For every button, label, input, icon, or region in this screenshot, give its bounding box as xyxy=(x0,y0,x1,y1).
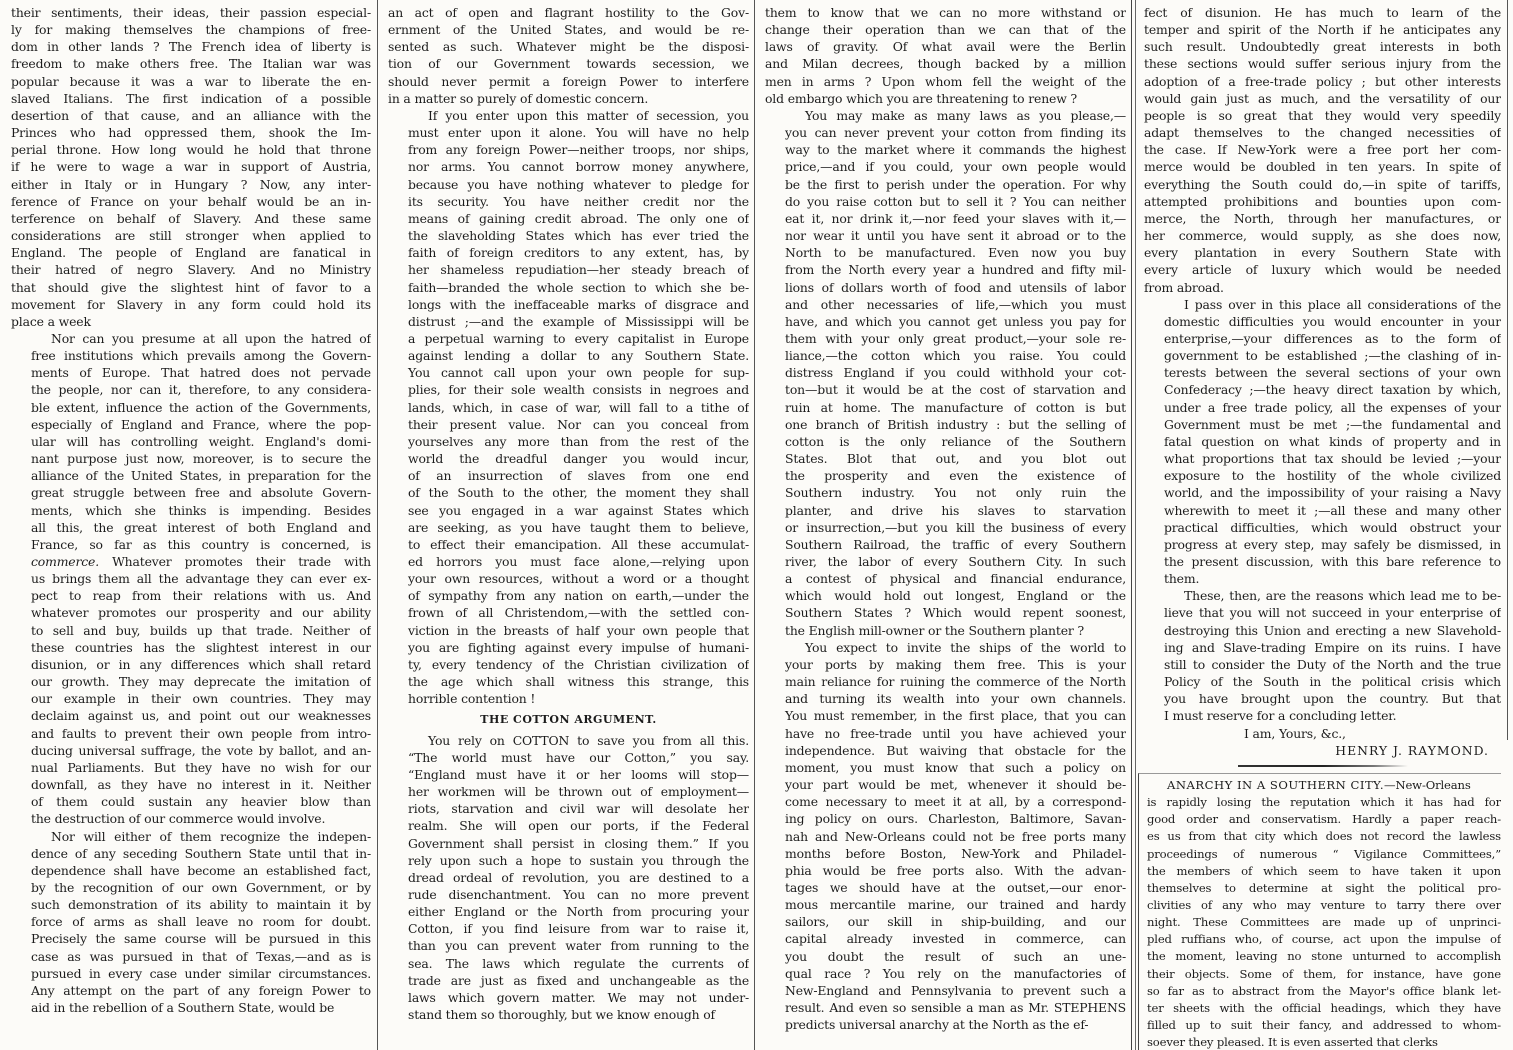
text-line: you have brought upon the country. But t… xyxy=(1144,690,1501,707)
text-line: result. And even so sensible a man as Mr… xyxy=(765,999,1126,1016)
text-line: their objects. Some of them, for instanc… xyxy=(1147,966,1501,983)
text-line: free institutions which prevails among t… xyxy=(11,347,371,364)
text-line: river, the labor of every Southern City.… xyxy=(765,553,1126,570)
closing-salutation: I am, Yours, &c., xyxy=(1144,725,1501,742)
text-line: States. Blot that out, and you blot out xyxy=(765,450,1126,467)
text-line: domestic difficulties you would encounte… xyxy=(1144,313,1501,330)
text-line: her workmen will be thrown out of employ… xyxy=(388,783,749,800)
text-line: merce, the North, through her manufactur… xyxy=(1144,210,1501,227)
text-line: price,—and if you could, your own people… xyxy=(765,158,1126,175)
text-line: from the North every year a hundred and … xyxy=(765,261,1126,278)
text-line: which would hold out longest, England or… xyxy=(765,587,1126,604)
text-line: good order and conservatism. Hardly a pa… xyxy=(1147,811,1501,828)
text-line: have, and which you cannot get unless yo… xyxy=(765,313,1126,330)
text-line: pect to reap from their relations with u… xyxy=(11,587,371,604)
text-line: destroying this Union and erecting a new… xyxy=(1144,622,1501,639)
text-line: you can never prevent your cotton from f… xyxy=(765,124,1126,141)
newspaper-page: their sentiments, their ideas, their pas… xyxy=(0,0,1513,1050)
text-line: in a matter so purely of domestic concer… xyxy=(388,90,749,107)
text-line: attempted prohibitions and bounties upon… xyxy=(1144,193,1501,210)
text-line: one branch of British industry : but the… xyxy=(765,416,1126,433)
text-line: of sympathy from any nation on earth,—un… xyxy=(388,587,749,604)
text-line: ton—but it would be at the cost of starv… xyxy=(765,381,1126,398)
text-line: eat it, nor drink it,—nor feed your slav… xyxy=(765,210,1126,227)
text-line: all this, the great interest of both Eng… xyxy=(11,519,371,536)
text-line: Southern Railroad, the traffic of every … xyxy=(765,536,1126,553)
text-line: New-England and Pennsylvania to prevent … xyxy=(765,982,1126,999)
text-line: world, and the impossibility of your rai… xyxy=(1144,484,1501,501)
paragraph: an act of open and flagrant hostility to… xyxy=(388,4,749,107)
text-line: Princes who had oppressed them, shook th… xyxy=(11,124,371,141)
text-line: lieve that you will not succeed in your … xyxy=(1144,604,1501,621)
column-rule-double xyxy=(1131,0,1136,1050)
text-line: because you have nothing whatever to ple… xyxy=(388,176,749,193)
text-line: Nor will either of them recognize the in… xyxy=(11,828,371,845)
text-line: You must remember, in the first place, t… xyxy=(765,707,1126,724)
text-line: commerce. Whatever promotes their trade … xyxy=(11,553,371,570)
text-line: way to the market where it commands the … xyxy=(765,141,1126,158)
text-line: ducing universal suffrage, the vote by b… xyxy=(11,742,371,759)
text-line: either England or the North from procuri… xyxy=(388,903,749,920)
text-line: Nor can you presume at all upon the hatr… xyxy=(11,330,371,347)
text-line: mous mercantile marine, our trained and … xyxy=(765,896,1126,913)
text-line: of an insurrection of slaves from one en… xyxy=(388,467,749,484)
text-line: plies, for their sole wealth consists in… xyxy=(388,381,749,398)
text-line: ed horrors you must face alone,—relying … xyxy=(388,553,749,570)
text-line: ble extent, influence the action of the … xyxy=(11,399,371,416)
text-line: especially of England and France, where … xyxy=(11,416,371,433)
text-line: ference of France on your behalf would b… xyxy=(11,193,371,210)
text-line: enterprise,—your differences as to the f… xyxy=(1144,330,1501,347)
text-line: faith—branded the whole section to which… xyxy=(388,279,749,296)
text-line: riots, starvation and civil war will des… xyxy=(388,800,749,817)
text-line: them with your only great product,—your … xyxy=(765,330,1126,347)
text-line: by the recognition of our own Government… xyxy=(11,879,371,896)
text-line: slaved Italians. The first indication of… xyxy=(11,90,371,107)
text-line: realm. She will open our ports, if the F… xyxy=(388,817,749,834)
text-line: change their operation than we can that … xyxy=(765,21,1126,38)
text-line: and other necessaries of life,—which you… xyxy=(765,296,1126,313)
text-line: nor wear it until you have sent it abroa… xyxy=(765,227,1126,244)
text-line: aid in the rebellion of a Southern State… xyxy=(11,999,371,1016)
text-line: months before Boston, New-York and Phila… xyxy=(765,845,1126,862)
text-line: dread ordeal of revolution, you are dest… xyxy=(388,869,749,886)
text-line: government to be established ;—the clash… xyxy=(1144,347,1501,364)
text-line: these sections would suffer serious inju… xyxy=(1144,55,1501,72)
paragraph: fect of disunion. He has much to learn o… xyxy=(1144,4,1501,296)
text-line: us brings them all the advantage they ca… xyxy=(11,570,371,587)
text-line: You cannot call upon your own people for… xyxy=(388,364,749,381)
text-line: and faults to prevent their own people f… xyxy=(11,725,371,742)
text-line: dom in other lands ? The French idea of … xyxy=(11,38,371,55)
text-line: their hatred of negro Slavery. And no Mi… xyxy=(11,261,371,278)
text-line: her shameless repudiation—her steady bre… xyxy=(388,261,749,278)
text-line: France, so far as this country is concer… xyxy=(11,536,371,553)
text-line: these countries has the slightest intere… xyxy=(11,639,371,656)
text-line: is rapidly losing the reputation which i… xyxy=(1147,794,1501,811)
text-line: them. xyxy=(1144,570,1501,587)
text-line: exposure to the hostility of the whole c… xyxy=(1144,467,1501,484)
text-line: proceedings of numerous “ Vigilance Comm… xyxy=(1147,846,1501,863)
article-column-3: them to know that we can no more withsta… xyxy=(765,4,1126,1033)
text-line: alliance of the United States, in prepar… xyxy=(11,467,371,484)
text-line: stand them so thoroughly, but we know en… xyxy=(388,1006,749,1023)
paragraph: Nor will either of them recognize the in… xyxy=(11,828,371,1017)
text-line: against lending a dollar to any Southern… xyxy=(388,347,749,364)
text-line: practical difficulties, which would obst… xyxy=(1144,519,1501,536)
text-line: our example in their own countries. They… xyxy=(11,690,371,707)
text-line: phia would be free ports also. With the … xyxy=(765,862,1126,879)
text-line: its security. You have neither credit no… xyxy=(388,193,749,210)
paragraph: You may make as many laws as you please,… xyxy=(765,107,1126,639)
text-line: of them could sustain any heavier blow t… xyxy=(11,793,371,810)
text-line: lions of dollars worth of food and utens… xyxy=(765,279,1126,296)
text-line: yourselves any more than from the rest o… xyxy=(388,433,749,450)
text-line: means of gaining credit abroad. The only… xyxy=(388,210,749,227)
text-line: should never permit a foreign Power to i… xyxy=(388,73,749,90)
text-line: faith of foreign creditors to any extent… xyxy=(388,244,749,261)
text-line: “England must have it or her looms will … xyxy=(388,766,749,783)
text-line: her commerce, would supply, as she does … xyxy=(1144,227,1501,244)
text-line: adoption of a free-trade policy ; but ot… xyxy=(1144,73,1501,90)
text-line: are seeking, as you have taught them to … xyxy=(388,519,749,536)
text-line: your own resources, without a word or a … xyxy=(388,570,749,587)
text-line: sented as such. Whatever might be the di… xyxy=(388,38,749,55)
text-line: declaim against us, and point out our we… xyxy=(11,707,371,724)
text-line: pled ruffians who, of course, act upon t… xyxy=(1147,931,1501,948)
text-line: everything the South could do,—in spite … xyxy=(1144,176,1501,193)
news-item-title: ANARCHY IN A SOUTHERN CITY. xyxy=(1167,778,1384,792)
text-line: that should give the slightest hint of f… xyxy=(11,279,371,296)
text-line: desertion of that cause, and an alliance… xyxy=(11,107,371,124)
text-line: ing policy on ours. Charleston, Baltimor… xyxy=(765,810,1126,827)
text-line: to sell and buy, builds up that trade. N… xyxy=(11,622,371,639)
text-line: your part would be met, whenever it shou… xyxy=(765,776,1126,793)
paragraph: If you enter upon this matter of secessi… xyxy=(388,107,749,707)
text-line: the people, nor can it, therefore, to an… xyxy=(11,381,371,398)
text-line: dependence shall have become an establis… xyxy=(11,862,371,879)
news-item: ANARCHY IN A SOUTHERN CITY.—New-Orleansi… xyxy=(1138,773,1501,1050)
text-line: ANARCHY IN A SOUTHERN CITY.—New-Orleans xyxy=(1147,777,1501,794)
text-line: ular will has controlling weight. Englan… xyxy=(11,433,371,450)
paragraph: them to know that we can no more withsta… xyxy=(765,4,1126,107)
text-line: to effect their emancipation. All these … xyxy=(388,536,749,553)
text-line: the moment, leaving no stone unturned to… xyxy=(1147,948,1501,965)
text-line: people is so great that they would very … xyxy=(1144,107,1501,124)
text-line: es us from that city which does not reco… xyxy=(1147,828,1501,845)
text-line: so far as to abstract from the Mayor's o… xyxy=(1147,983,1501,1000)
text-line: ments of Europe. That hatred does not pe… xyxy=(11,364,371,381)
paragraph: You rely on COTTON to save you from all … xyxy=(388,732,749,1024)
text-line: themselves to determine at sight the pol… xyxy=(1147,880,1501,897)
text-line: the age which shall witness this strange… xyxy=(388,673,749,690)
text-line: men in arms ? Upon whom fell the weight … xyxy=(765,73,1126,90)
text-line: popular because it was a war to liberate… xyxy=(11,73,371,90)
text-line: Government must be met ;—the fundamental… xyxy=(1144,416,1501,433)
paragraph: I pass over in this place all considerat… xyxy=(1144,296,1501,588)
text-line: if he were to wage a war in support of A… xyxy=(11,158,371,175)
text-line: main reliance for ruining the commerce o… xyxy=(765,673,1126,690)
text-line: of the South to the other, the moment th… xyxy=(388,484,749,501)
text-line: nant purpose just now, moreover, is to s… xyxy=(11,450,371,467)
text-line: Government shall persist in closing them… xyxy=(388,835,749,852)
text-run: —New-Orleans xyxy=(1384,778,1471,792)
text-line: under a free trade policy, all the expen… xyxy=(1144,399,1501,416)
text-line: sailors, our skill in ship-building, and… xyxy=(765,913,1126,930)
text-line: capital already invested in commerce, ca… xyxy=(765,930,1126,947)
text-line: distrust ;—and the example of Mississipp… xyxy=(388,313,749,330)
text-line: Any attempt on the part of any foreign P… xyxy=(11,982,371,999)
text-line: downfall, as they have no interest in it… xyxy=(11,776,371,793)
text-line: laws which govern matter. We may not und… xyxy=(388,989,749,1006)
text-line: terference on behalf of Slavery. And the… xyxy=(11,210,371,227)
text-line: I must reserve for a concluding letter. xyxy=(1144,707,1501,724)
text-line: temper and spirit of the North if he ant… xyxy=(1144,21,1501,38)
text-line: the slaveholding States which has ever t… xyxy=(388,227,749,244)
article-column-2: an act of open and flagrant hostility to… xyxy=(388,4,749,1023)
text-line: a perpetual warning to every capitalist … xyxy=(388,330,749,347)
paragraph: You expect to invite the ships of the wo… xyxy=(765,639,1126,1034)
author-signature: HENRY J. RAYMOND. xyxy=(1144,742,1501,759)
text-line: be the first to perish under the operati… xyxy=(765,176,1126,193)
text-line: every article of luxury which would be n… xyxy=(1144,261,1501,278)
text-line: fatal question on what kinds of property… xyxy=(1144,433,1501,450)
text-line: still to consider the Duty of the North … xyxy=(1144,656,1501,673)
paragraph: their sentiments, their ideas, their pas… xyxy=(11,4,371,330)
text-line: movement for Slavery in any form could h… xyxy=(11,296,371,313)
text-line: such demonstration of its ability to mai… xyxy=(11,896,371,913)
text-line: whatever promotes our prosperity and our… xyxy=(11,604,371,621)
text-line: the destruction of our commerce would in… xyxy=(11,810,371,827)
text-line: than you can prevent water from running … xyxy=(388,937,749,954)
text-line: Confederacy ;—the heavy direct taxation … xyxy=(1144,381,1501,398)
text-line: liance,—the cotton which you raise. You … xyxy=(765,347,1126,364)
text-line: from any foreign Power—neither troops, n… xyxy=(388,141,749,158)
text-line: ernment of the United States, and would … xyxy=(388,21,749,38)
text-line: ruin at home. The manufacture of cotton … xyxy=(765,399,1126,416)
text-line: your ports by making them free. This is … xyxy=(765,656,1126,673)
text-line: filled up to suit their fancy, and addre… xyxy=(1147,1017,1501,1034)
text-line: case as was pursued in that of Texas,—an… xyxy=(11,948,371,965)
text-line: independence. But waiving that obstacle … xyxy=(765,742,1126,759)
text-line: you are fighting against every impulse o… xyxy=(388,639,749,656)
paragraph: Nor can you presume at all upon the hatr… xyxy=(11,330,371,828)
text-line: moment, you must know that such a policy… xyxy=(765,759,1126,776)
column-rule xyxy=(754,0,755,1050)
text-line: predicts universal anarchy at the North … xyxy=(765,1016,1126,1033)
text-line: ing and Slave-trading Empire on its ruin… xyxy=(1144,639,1501,656)
text-line: You expect to invite the ships of the wo… xyxy=(765,639,1126,656)
text-line: considerations are still stronger when a… xyxy=(11,227,371,244)
text-line: longs with the ineffaceable marks of dis… xyxy=(388,296,749,313)
text-line: and Milan decrees, though backed by a mi… xyxy=(765,55,1126,72)
text-line: Southern States ? Which would repent soo… xyxy=(765,604,1126,621)
text-line: clivities of any who may venture to tarr… xyxy=(1147,897,1501,914)
text-line: You may make as many laws as you please,… xyxy=(765,107,1126,124)
text-line: fect of disunion. He has much to learn o… xyxy=(1144,4,1501,21)
text-line: tages we should have at the outset,—our … xyxy=(765,879,1126,896)
text-line: I pass over in this place all considerat… xyxy=(1144,296,1501,313)
text-line: the present discussion, with this bare r… xyxy=(1144,553,1501,570)
emphasis: commerce. xyxy=(31,554,99,569)
text-line: world the dreadful danger you would incu… xyxy=(388,450,749,467)
text-line: old embargo which you are threatening to… xyxy=(765,90,1126,107)
text-line: North to be manufactured. Even now you b… xyxy=(765,244,1126,261)
text-line: pursued in every case under similar circ… xyxy=(11,965,371,982)
text-line: ter sheets with the official headings, w… xyxy=(1147,1000,1501,1017)
text-line: rely upon such a hope to sustain you thr… xyxy=(388,852,749,869)
text-line: tion of our Government towards secession… xyxy=(388,55,749,72)
text-line: you doubt the result of such an une- xyxy=(765,948,1126,965)
text-line: ly for making themselves the champions o… xyxy=(11,21,371,38)
text-line: place a week xyxy=(11,313,371,330)
text-line: cotton is the only reliance of the South… xyxy=(765,433,1126,450)
text-line: the English mill-owner or the Southern p… xyxy=(765,622,1126,639)
text-line: our growth. They may deprecate the imita… xyxy=(11,673,371,690)
text-line: what proportions that tax should be levi… xyxy=(1144,450,1501,467)
text-line: planter, and drive his slaves to starvat… xyxy=(765,502,1126,519)
column-rule xyxy=(377,0,378,1050)
text-line: see you engaged in a war against States … xyxy=(388,502,749,519)
text-line: force of arms as shall leave no room for… xyxy=(11,913,371,930)
text-line: disunion, or in any differences which sh… xyxy=(11,656,371,673)
text-line: the members of which seem to have taken … xyxy=(1147,863,1501,880)
paragraph: These, then, are the reasons which lead … xyxy=(1144,587,1501,724)
text-line: the case. If New-York were a free port h… xyxy=(1144,141,1501,158)
text-line: horrible contention ! xyxy=(388,690,749,707)
text-line: These, then, are the reasons which lead … xyxy=(1144,587,1501,604)
text-line: come necessary to meet it at all, by a c… xyxy=(765,793,1126,810)
text-line: trade are just as fixed and unchangeable… xyxy=(388,972,749,989)
text-line: from abroad. xyxy=(1144,279,1501,296)
text-line: frown of all Christendom,—with the settl… xyxy=(388,604,749,621)
text-line: Precisely the same course will be pursue… xyxy=(11,930,371,947)
article-column-1: their sentiments, their ideas, their pas… xyxy=(11,4,371,1016)
text-line: have no free-trade until you have achiev… xyxy=(765,725,1126,742)
text-line: soever they pleased. It is even asserted… xyxy=(1147,1034,1501,1050)
text-line: or insurrection,—but you kill the busine… xyxy=(765,519,1126,536)
text-line: ty, every tendency of the Christian civi… xyxy=(388,656,749,673)
text-line: ments, which she thinks is impending. Be… xyxy=(11,502,371,519)
text-line: You rely on COTTON to save you from all … xyxy=(388,732,749,749)
text-line: distress England if you could withhold y… xyxy=(765,364,1126,381)
text-line: nah and New-Orleans could not be free po… xyxy=(765,828,1126,845)
article-separator xyxy=(1238,765,1408,767)
text-line: terests between the several sections of … xyxy=(1144,364,1501,381)
text-line: adapt themselves to the changed necessit… xyxy=(1144,124,1501,141)
text-line: their present value. Nor can you conceal… xyxy=(388,416,749,433)
text-line: and turning its wealth into your own cha… xyxy=(765,690,1126,707)
text-line: viction in the breasts of half your own … xyxy=(388,622,749,639)
text-line: every plantation in every Southern State… xyxy=(1144,244,1501,261)
text-line: England. The people of England are fanat… xyxy=(11,244,371,261)
text-line: wherewith to meet it ;—all these and man… xyxy=(1144,502,1501,519)
column-rule xyxy=(1507,0,1508,740)
text-line: them to know that we can no more withsta… xyxy=(765,4,1126,21)
text-line: would gain just as much, and the versati… xyxy=(1144,90,1501,107)
section-heading: THE COTTON ARGUMENT. xyxy=(388,711,749,728)
text-line: do you raise cotton but to sell it ? You… xyxy=(765,193,1126,210)
text-line: a contest of physical and financial endu… xyxy=(765,570,1126,587)
text-line: the prosperity and even the existence of xyxy=(765,467,1126,484)
text-line: sea. The laws which regulate the current… xyxy=(388,955,749,972)
text-line: If you enter upon this matter of secessi… xyxy=(388,107,749,124)
text-line: merce would be doubled in ten years. In … xyxy=(1144,158,1501,175)
text-line: either in Italy or in Hungary ? Now, any… xyxy=(11,176,371,193)
text-line: “The world must have our Cotton,” you sa… xyxy=(388,749,749,766)
text-line: progress at every step, may safely be di… xyxy=(1144,536,1501,553)
text-line: nor arms. You cannot borrow money anywhe… xyxy=(388,158,749,175)
text-line: qual race ? You rely on the manufactorie… xyxy=(765,965,1126,982)
text-line: their sentiments, their ideas, their pas… xyxy=(11,4,371,21)
text-line: nual Parliaments. But they have no wish … xyxy=(11,759,371,776)
text-line: lands, which, in case of war, will fall … xyxy=(388,399,749,416)
text-line: laws of gravity. Of what avail were the … xyxy=(765,38,1126,55)
text-line: rude disenchantment. You can no more pre… xyxy=(388,886,749,903)
text-line: such result. Undoubtedly great interests… xyxy=(1144,38,1501,55)
text-line: an act of open and flagrant hostility to… xyxy=(388,4,749,21)
article-column-4: fect of disunion. He has much to learn o… xyxy=(1144,4,1501,1050)
text-line: must enter upon it alone. You will have … xyxy=(388,124,749,141)
text-line: Cotton, if you find leisure from war to … xyxy=(388,920,749,937)
text-line: night. These Committees are made up of u… xyxy=(1147,914,1501,931)
text-line: great struggle between free and absolute… xyxy=(11,484,371,501)
text-line: dence of any seceding Southern State unt… xyxy=(11,845,371,862)
text-line: Southern industry. You not only ruin the xyxy=(765,484,1126,501)
text-line: perial throne. How long would he hold th… xyxy=(11,141,371,158)
text-line: freedom to make others free. The Italian… xyxy=(11,55,371,72)
text-line: Policy of the South in the political cri… xyxy=(1144,673,1501,690)
